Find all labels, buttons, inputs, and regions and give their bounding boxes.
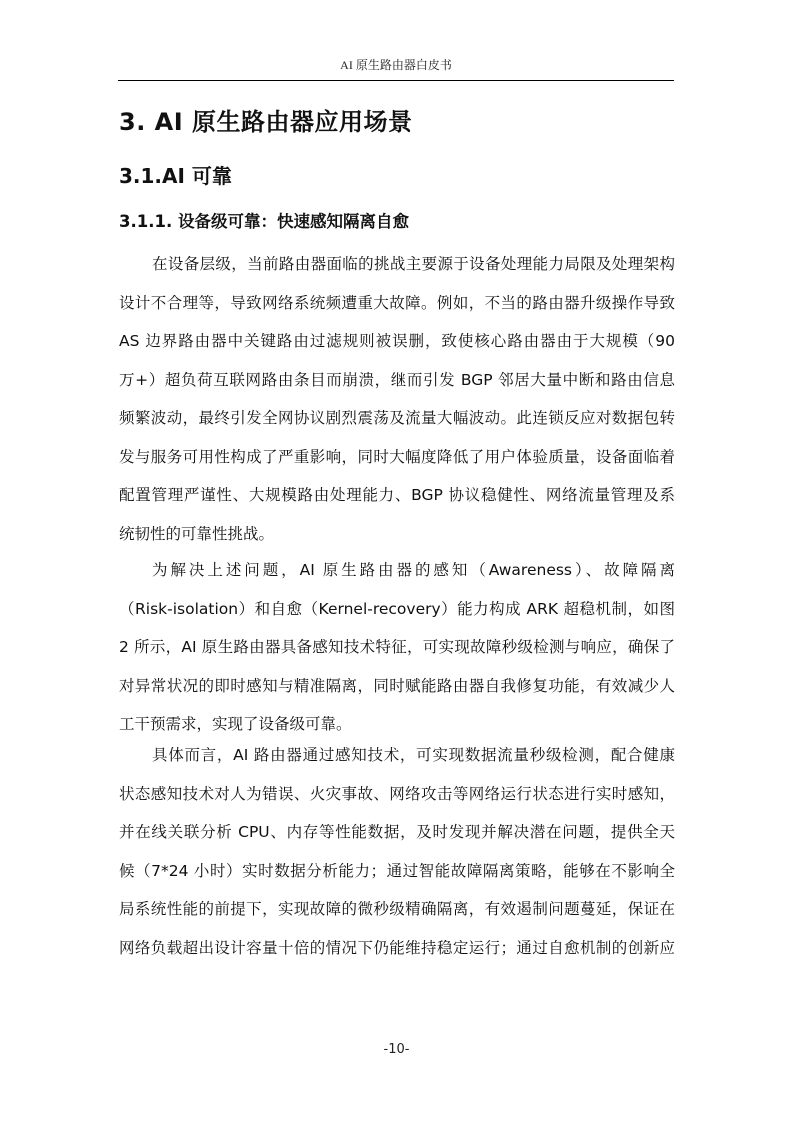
paragraph-line: 对异常状况的即时感知与精准隔离，同时赋能路由器自我修复功能，有效减少人 <box>119 667 675 706</box>
paragraph-line: 2 所示，AI 原生路由器具备感知技术特征，可实现故障秒级检测与响应，确保了 <box>119 628 675 667</box>
paragraph-line: （Risk-isolation）和自愈（Kernel-recovery）能力构成… <box>119 590 675 629</box>
paragraph-3: 具体而言，AI 路由器通过感知技术，可实现数据流量秒级检测，配合健康 状态感知技… <box>119 736 675 967</box>
paragraph-line: 万+）超负荷互联网路由条目而崩溃，继而引发 BGP 邻居大量中断和路由信息 <box>119 361 675 400</box>
paragraph-line: 发与服务可用性构成了严重影响，同时大幅度降低了用户体验质量，设备面临着 <box>119 438 675 477</box>
section-heading: 3.1.AI 可靠 <box>119 160 232 189</box>
paragraph-line: 局系统性能的前提下，实现故障的微秒级精确隔离，有效遏制问题蔓延，保证在 <box>119 890 675 929</box>
running-header: AI 原生路由器白皮书 <box>119 56 673 73</box>
paragraph-line: 配置管理严谨性、大规模路由处理能力、BGP 协议稳健性、网络流量管理及系 <box>119 476 675 515</box>
paragraph-2: 为解决上述问题，AI 原生路由器的感知（Awareness）、故障隔离 （Ris… <box>119 551 675 744</box>
paragraph-line: 设计不合理等，导致网络系统频遭重大故障。例如，不当的路由器升级操作导致 <box>119 284 675 323</box>
paragraph-line: 候（7*24 小时）实时数据分析能力；通过智能故障隔离策略，能够在不影响全 <box>119 852 675 891</box>
page-number: -10- <box>0 1042 793 1057</box>
subsection-heading: 3.1.1. 设备级可靠：快速感知隔离自愈 <box>119 208 409 232</box>
paragraph-line: 频繁波动，最终引发全网协议剧烈震荡及流量大幅波动。此连锁反应对数据包转 <box>119 399 675 438</box>
paragraph-line: 统韧性的可靠性挑战。 <box>119 515 675 554</box>
paragraph-line: 状态感知技术对人为错误、火灾事故、网络攻击等网络运行状态进行实时感知， <box>119 775 675 814</box>
header-divider <box>118 80 674 81</box>
paragraph-line: 在设备层级，当前路由器面临的挑战主要源于设备处理能力局限及处理架构 <box>119 245 675 284</box>
paragraph-line: AS 边界路由器中关键路由过滤规则被误删，致使核心路由器由于大规模（90 <box>119 322 675 361</box>
paragraph-line: 为解决上述问题，AI 原生路由器的感知（Awareness）、故障隔离 <box>119 551 675 590</box>
paragraph-line: 并在线关联分析 CPU、内存等性能数据，及时发现并解决潜在问题，提供全天 <box>119 813 675 852</box>
paragraph-1: 在设备层级，当前路由器面临的挑战主要源于设备处理能力局限及处理架构 设计不合理等… <box>119 245 675 553</box>
paragraph-line: 具体而言，AI 路由器通过感知技术，可实现数据流量秒级检测，配合健康 <box>119 736 675 775</box>
paragraph-line: 网络负载超出设计容量十倍的情况下仍能维持稳定运行；通过自愈机制的创新应 <box>119 929 675 968</box>
chapter-heading: 3. AI 原生路由器应用场景 <box>119 102 413 137</box>
